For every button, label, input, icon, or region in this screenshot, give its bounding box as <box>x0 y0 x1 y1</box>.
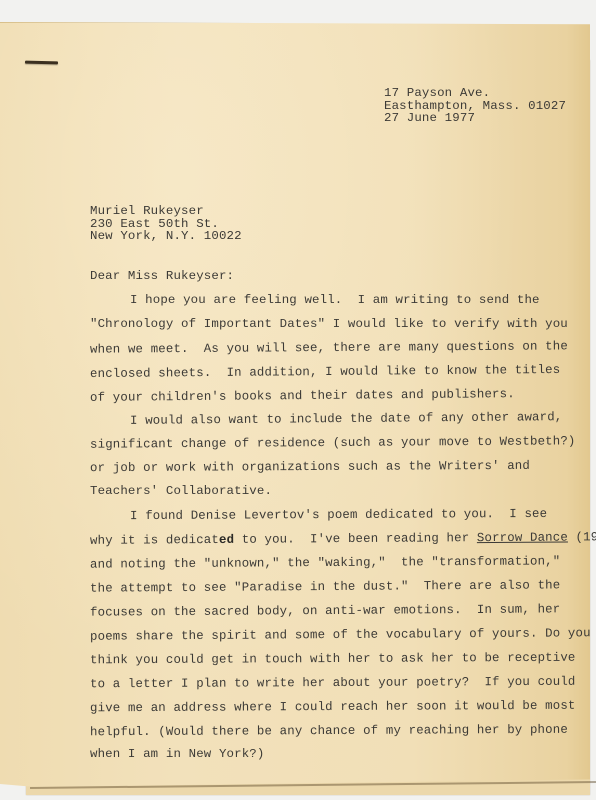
letter-page <box>0 22 590 787</box>
letter-date: 27 June 1977 <box>384 112 566 125</box>
typo-overstrike: ed <box>219 533 234 547</box>
paragraph-3-line-8: to a letter I plan to write her about yo… <box>90 675 576 692</box>
paragraph-3-line-7: think you could get in touch with her to… <box>90 651 576 668</box>
paragraph-2-line-4: Teachers' Collaborative. <box>90 484 272 498</box>
paragraph-1-line-2: "Chronology of Important Dates" I would … <box>90 317 568 331</box>
line-text: why it is dedicat <box>90 533 219 548</box>
paragraph-3-line-9: give me an address where I could reach h… <box>90 699 576 716</box>
paragraph-1-line-1: I hope you are feeling well. I am writin… <box>130 293 540 307</box>
paragraph-3-line-1: I found Denise Levertov's poem dedicated… <box>130 507 547 523</box>
recipient-address: Muriel Rukeyser230 East 50th St.New York… <box>90 205 242 243</box>
recipient-name: Muriel Rukeyser <box>90 205 242 218</box>
return-address: 17 Payson Ave.Easthampton, Mass. 0102727… <box>384 87 566 125</box>
paragraph-3-line-10: helpful. (Would there be any chance of m… <box>90 723 568 740</box>
paragraph-2-line-3: or job or work with organizations such a… <box>90 459 530 475</box>
book-title: Sorrow Dance <box>477 531 568 546</box>
salutation: Dear Miss Rukeyser: <box>90 269 234 283</box>
return-street: 17 Payson Ave. <box>384 87 566 100</box>
recipient-city: New York, N.Y. 10022 <box>90 230 242 243</box>
paragraph-3-line-11: when I am in New York?) <box>90 747 264 761</box>
line-text: (1966) <box>568 530 596 544</box>
line-text: to you. I've been reading her <box>234 531 477 547</box>
